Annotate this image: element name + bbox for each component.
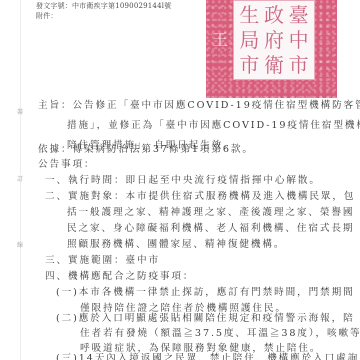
item-4-measures: 四、機構應配合之防疫事項：: [45, 270, 194, 285]
item-1-execution-time: 一、執行時間：即日起至中央流行疫情指揮中心解散。: [45, 174, 321, 189]
attachment-label: 附件：: [36, 12, 58, 20]
seal-char: 中: [286, 28, 311, 53]
seal-char: 王: [212, 32, 228, 48]
attachment: 附件：: [36, 11, 58, 21]
doc-number-value: 中市衛疾字第1090029144l號: [72, 2, 171, 10]
sub-item-2-line-2: 住者若有發燒（額溫≧37.5度、耳溫≧38度），咳嗽等: [80, 327, 360, 342]
seal-char: 局: [237, 28, 262, 53]
sub-item-2-line-1: (二)應於入口明顯處張貼相關陪住規定和疫情警示海報，陪: [56, 312, 355, 327]
subject-line-2: 措施」，並修正為「臺中市因應COVID-19疫情住宿型機構: [67, 119, 360, 134]
seal-char: 生: [237, 3, 262, 28]
item-2-line-4: 照顧服務機構、團體家屋、精神復健機構。: [67, 238, 285, 253]
item-3-scope: 三、實施範圍：臺中市: [45, 254, 160, 269]
binding-mark-xian: 線: [17, 240, 23, 249]
seal-char: 市: [286, 52, 311, 77]
basis-line: 依據：傳染病防治法第37條第1項第6款。: [38, 143, 254, 158]
seal-char: 府: [262, 28, 287, 53]
item-2-line-3: 民之家、身心障礙福利機構、老人福利機構、住宿式長期: [67, 222, 354, 237]
subject-line-1: 主旨：公告修正「臺中市因應COVID-19疫情住宿型機構防客管理: [38, 99, 360, 114]
binding-mark-zhuang: 裝: [17, 107, 23, 116]
item-2-line-2: 括一般護理之家、精神護理之家、產後護理之家、榮譽國: [67, 206, 354, 221]
seal-char: 臺: [286, 3, 311, 28]
sub-item-3-line-1: (三)14天內入境返國之民眾，禁止陪住，機構應於入口處詢: [56, 352, 359, 360]
doc-number: 發文字號：中市衛疾字第1090029144l號: [36, 1, 171, 11]
seal-char: 市: [237, 52, 262, 77]
announcement-label: 公告事項：: [38, 158, 95, 173]
doc-number-label: 發文字號：: [36, 2, 72, 10]
official-seal-stamp: 王 生 政 臺 局 府 中 市 衛 市: [206, 0, 337, 98]
stamp-left-column: 王: [210, 0, 230, 80]
stamp-inner-square: 生 政 臺 局 府 中 市 衛 市: [233, 0, 315, 80]
sub-item-1-line-1: (一)本市各機構一律禁止探訪，應訂有門禁時間，門禁期間: [56, 286, 355, 301]
binding-mark-ding: 訂: [17, 174, 23, 183]
seal-char: 衛: [262, 52, 287, 77]
item-2-line-1: 二、實施對象：本市提供住宿式服務機構及進入機構民眾，包: [45, 190, 355, 205]
seal-char: 政: [262, 3, 287, 28]
